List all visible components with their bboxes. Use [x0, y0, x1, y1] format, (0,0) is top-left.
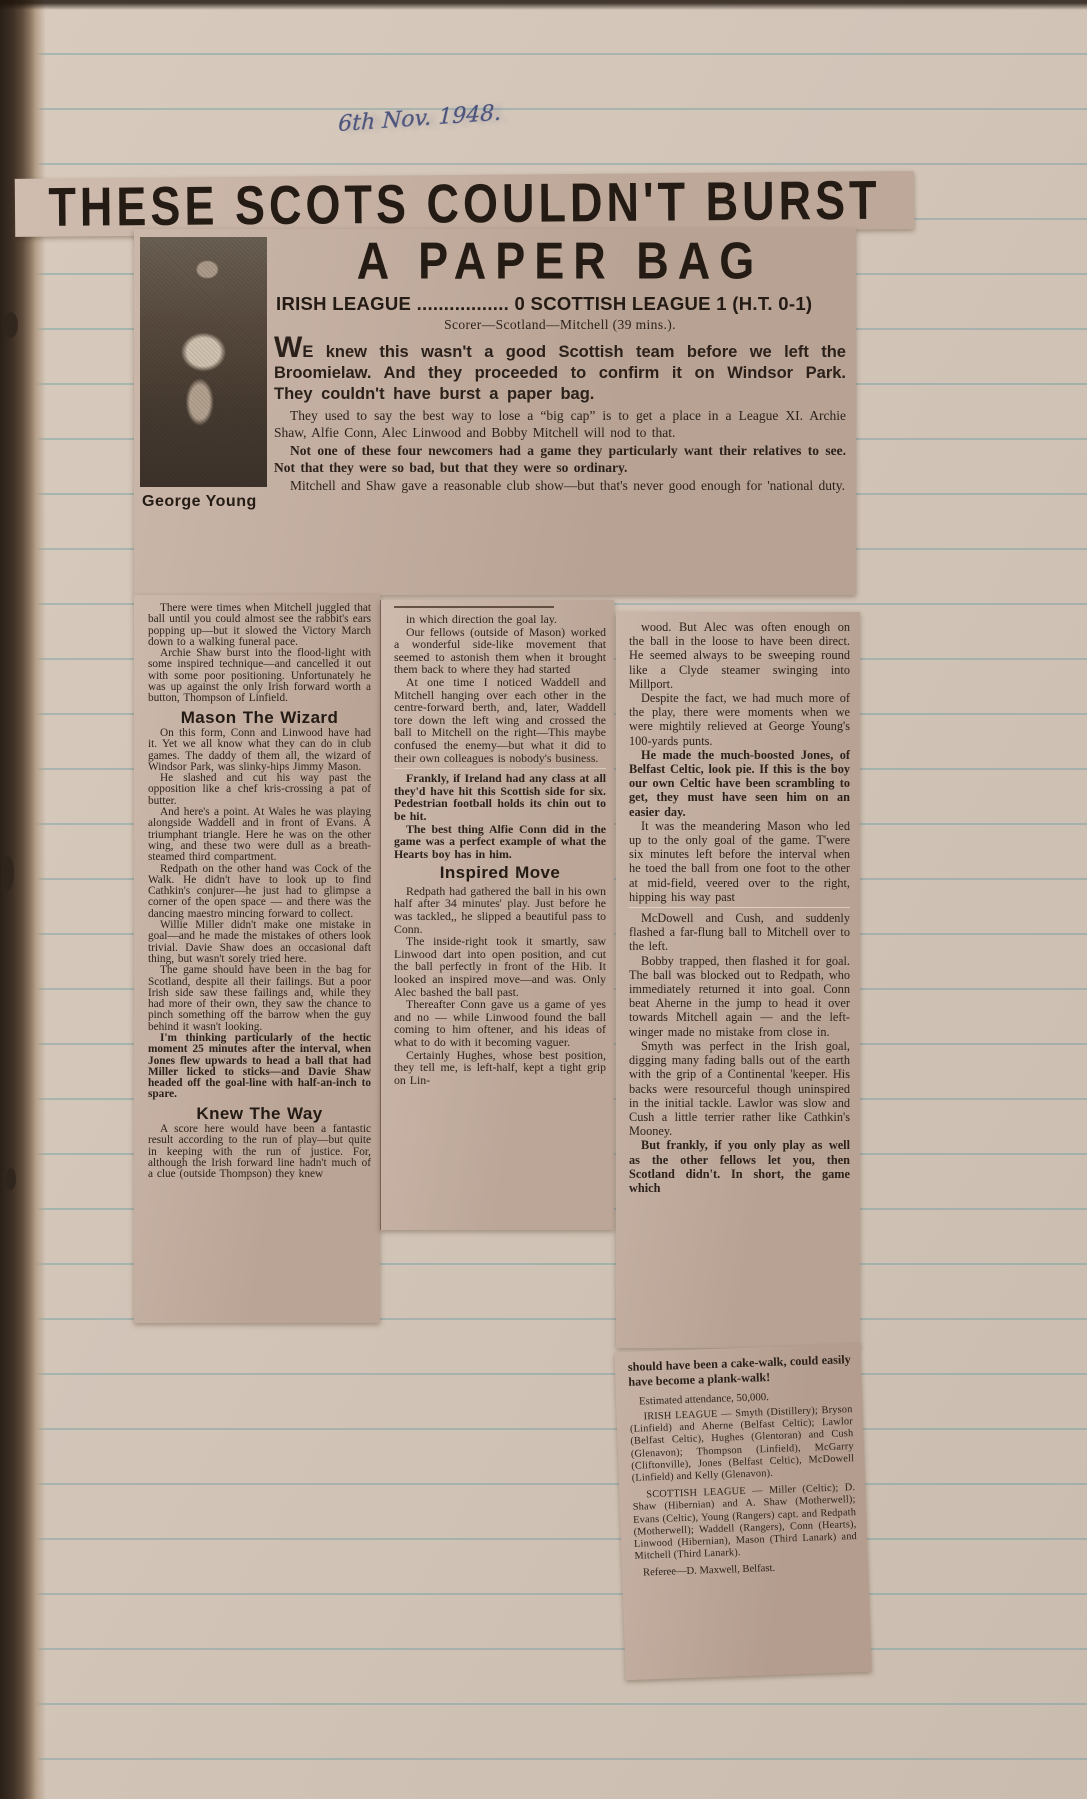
scottish-league-lineup: SCOTTISH LEAGUE — Miller (Celtic); D. Sh… — [632, 1482, 857, 1563]
photo-caption: George Young — [142, 493, 292, 511]
article-paragraph: The best thing Alfie Conn did in the gam… — [394, 823, 606, 861]
article-paragraph: On this form, Conn and Linwood have had … — [148, 728, 371, 773]
headline-clipping: THESE SCOTS COULDN'T BURST — [15, 171, 914, 237]
lead-paragraph: WE knew this wasn't a good Scottish team… — [274, 337, 846, 405]
article-paragraph: Smyth was perfect in the Irish goal, dig… — [629, 1039, 850, 1138]
section-heading-inspired-move: Inspired Move — [394, 867, 606, 880]
lead-paragraph: Mitchell and Shaw gave a reasonable club… — [274, 478, 846, 495]
article-paragraph: There were times when Mitchell juggled t… — [148, 603, 371, 648]
article-paragraph: Archie Shaw burst into the flood-light w… — [148, 648, 371, 704]
article-paragraph: It was the meandering Mason who led up t… — [629, 819, 850, 904]
article-paragraph: Our fellows (outside of Mason) worked a … — [394, 626, 606, 676]
article-lead: A PAPER BAG IRISH LEAGUE ...............… — [274, 229, 856, 495]
binding-mark — [4, 312, 18, 338]
article-paragraph: Willie Miller didn't make one mistake in… — [148, 920, 371, 965]
article-paragraph: But frankly, if you only play as well as… — [629, 1138, 850, 1195]
binding-mark — [2, 856, 14, 890]
article-paragraph: Redpath on the other hand was Cock of th… — [148, 864, 371, 920]
lead-paragraph: Not one of these four newcomers had a ga… — [274, 443, 846, 476]
scorer-line: Scorer—Scotland—Mitchell (39 mins.). — [274, 317, 846, 333]
irish-league-lineup: IRISH LEAGUE — Smyth (Distillery); Bryso… — [629, 1404, 854, 1485]
article-paragraph: A score here would have been a fantastic… — [148, 1124, 371, 1180]
article-paragraph: Despite the fact, we had much more of th… — [629, 691, 850, 748]
article-paragraph: He slashed and cut his way past the oppo… — [148, 773, 371, 807]
headline-text: THESE SCOTS COULDN'T BURST — [48, 171, 881, 237]
article-paragraph: McDowell and Cush, and suddenly flashed … — [629, 907, 850, 954]
referee-line: Referee—D. Maxwell, Belfast. — [635, 1560, 858, 1579]
article-paragraph: Frankly, if Ireland had any class at all… — [394, 768, 606, 822]
match-photo — [140, 237, 267, 487]
article-column-2: in which direction the goal lay. Our fel… — [380, 600, 614, 1230]
match-scoreline: IRISH LEAGUE ................. 0 SCOTTIS… — [276, 293, 846, 315]
article-paragraph: At one time I noticed Waddell and Mitche… — [394, 676, 606, 764]
article-paragraph: Redpath had gathered the ball in his own… — [394, 885, 606, 935]
lineups-clipping: should have been a cake-walk, could easi… — [614, 1344, 871, 1680]
conclusion-paragraph: should have been a cake-walk, could easi… — [628, 1352, 852, 1390]
article-paragraph: Bobby trapped, then flashed it for goal.… — [629, 954, 850, 1039]
lead-paragraph: They used to say the best way to lose a … — [274, 408, 846, 441]
column-rule — [394, 606, 554, 608]
article-column-1: There were times when Mitchell juggled t… — [134, 595, 380, 1323]
article-paragraph: in which direction the goal lay. — [394, 613, 606, 626]
article-paragraph: wood. But Alec was often enough on the b… — [629, 620, 850, 691]
subheadline: A PAPER BAG — [274, 231, 846, 291]
article-paragraph: He made the much-boosted Jones, of Belfa… — [629, 748, 850, 819]
section-heading-mason-the-wizard: Mason The Wizard — [148, 712, 371, 723]
binding-mark — [6, 1168, 16, 1190]
article-paragraph: Certainly Hughes, whose best position, t… — [394, 1049, 606, 1087]
article-column-3: wood. But Alec was often enough on the b… — [616, 612, 860, 1348]
article-paragraph: The inside-right took it smartly, saw Li… — [394, 935, 606, 998]
section-heading-knew-the-way: Knew The Way — [148, 1108, 371, 1119]
article-paragraph: And here's a point. At Wales he was play… — [148, 807, 371, 863]
article-paragraph: I'm thinking particularly of the hectic … — [148, 1033, 371, 1101]
article-paragraph: Thereafter Conn gave us a game of yes an… — [394, 998, 606, 1048]
article-clipping: George Young A PAPER BAG IRISH LEAGUE ..… — [134, 229, 856, 595]
article-paragraph: The game should have been in the bag for… — [148, 965, 371, 1033]
